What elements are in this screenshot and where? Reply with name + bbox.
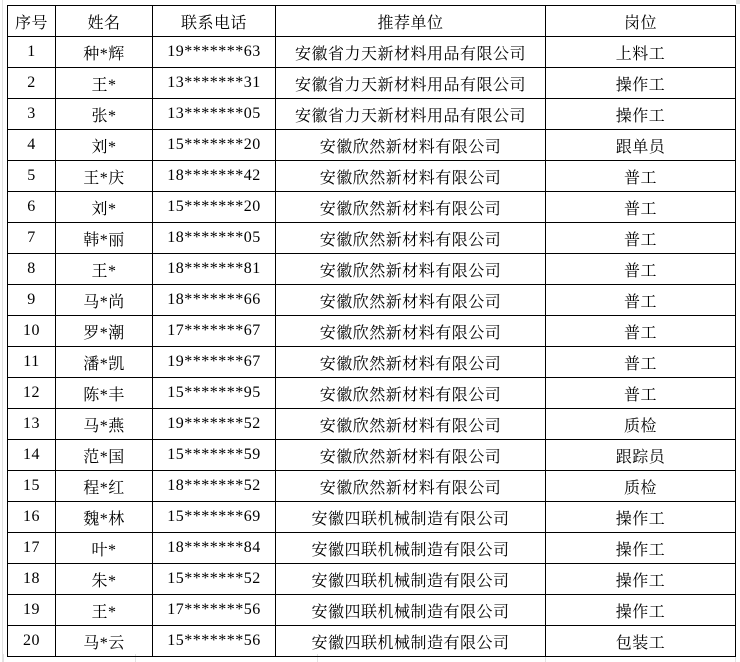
- cell-position: 普工: [546, 285, 736, 316]
- header-name: 姓名: [56, 6, 153, 37]
- table-row: 5王*庆18*******42安徽欣然新材料有限公司普工: [8, 161, 736, 192]
- cell-position: 操作工: [546, 502, 736, 533]
- table-row: 9马*尚18*******66安徽欣然新材料有限公司普工: [8, 285, 736, 316]
- cell-name: 叶*: [56, 533, 153, 564]
- cell-phone: 18*******81: [153, 254, 276, 285]
- cell-index: 11: [8, 347, 56, 378]
- cell-position: 跟单员: [546, 130, 736, 161]
- table-row: 8王*18*******81安徽欣然新材料有限公司普工: [8, 254, 736, 285]
- cell-company: 安徽四联机械制造有限公司: [276, 502, 546, 533]
- table-row: 3张*13*******05安徽省力天新材料用品有限公司操作工: [8, 99, 736, 130]
- cell-index: 19: [8, 595, 56, 626]
- cell-index: 14: [8, 440, 56, 471]
- cell-phone: 15*******56: [153, 626, 276, 657]
- table-row: 15程*红18*******52安徽欣然新材料有限公司质检: [8, 471, 736, 502]
- cell-position: 普工: [546, 347, 736, 378]
- cell-index: 1: [8, 37, 56, 68]
- cell-index: 8: [8, 254, 56, 285]
- cell-company: 安徽欣然新材料有限公司: [276, 378, 546, 409]
- cell-phone: 17*******56: [153, 595, 276, 626]
- cell-position: 普工: [546, 316, 736, 347]
- cell-index: 17: [8, 533, 56, 564]
- table-row: 14范*国15*******59安徽欣然新材料有限公司跟踪员: [8, 440, 736, 471]
- cell-name: 程*红: [56, 471, 153, 502]
- cell-company: 安徽省力天新材料用品有限公司: [276, 37, 546, 68]
- cell-name: 马*云: [56, 626, 153, 657]
- cell-company: 安徽四联机械制造有限公司: [276, 595, 546, 626]
- cell-index: 5: [8, 161, 56, 192]
- header-index: 序号: [8, 6, 56, 37]
- cell-name: 罗*潮: [56, 316, 153, 347]
- table-row: 7韩*丽18*******05安徽欣然新材料有限公司普工: [8, 223, 736, 254]
- cell-phone: 18*******42: [153, 161, 276, 192]
- table-row: 16魏*林15*******69安徽四联机械制造有限公司操作工: [8, 502, 736, 533]
- cell-index: 12: [8, 378, 56, 409]
- cell-company: 安徽欣然新材料有限公司: [276, 285, 546, 316]
- cell-phone: 18*******52: [153, 471, 276, 502]
- cell-company: 安徽欣然新材料有限公司: [276, 471, 546, 502]
- cell-name: 马*燕: [56, 409, 153, 440]
- cell-name: 朱*: [56, 564, 153, 595]
- cell-phone: 19*******52: [153, 409, 276, 440]
- cell-company: 安徽欣然新材料有限公司: [276, 254, 546, 285]
- cell-phone: 13*******05: [153, 99, 276, 130]
- header-phone: 联系电话: [153, 6, 276, 37]
- header-company: 推荐单位: [276, 6, 546, 37]
- gridline-corner: [736, 0, 740, 4]
- table-row: 19王*17*******56安徽四联机械制造有限公司操作工: [8, 595, 736, 626]
- cell-company: 安徽欣然新材料有限公司: [276, 440, 546, 471]
- table-row: 20马*云15*******56安徽四联机械制造有限公司包装工: [8, 626, 736, 657]
- cell-phone: 18*******05: [153, 223, 276, 254]
- cell-index: 20: [8, 626, 56, 657]
- gridline-stub: [3, 654, 4, 662]
- cell-company: 安徽四联机械制造有限公司: [276, 533, 546, 564]
- cell-phone: 15*******69: [153, 502, 276, 533]
- cell-phone: 13*******31: [153, 68, 276, 99]
- cell-name: 陈*丰: [56, 378, 153, 409]
- cell-phone: 19*******67: [153, 347, 276, 378]
- cell-position: 普工: [546, 161, 736, 192]
- cell-index: 10: [8, 316, 56, 347]
- table-row: 1种*辉19*******63安徽省力天新材料用品有限公司上料工: [8, 37, 736, 68]
- cell-phone: 15*******95: [153, 378, 276, 409]
- cell-position: 操作工: [546, 595, 736, 626]
- cell-position: 普工: [546, 223, 736, 254]
- cell-name: 王*: [56, 68, 153, 99]
- cell-company: 安徽省力天新材料用品有限公司: [276, 68, 546, 99]
- cell-name: 马*尚: [56, 285, 153, 316]
- cell-company: 安徽欣然新材料有限公司: [276, 409, 546, 440]
- cell-name: 潘*凯: [56, 347, 153, 378]
- table-row: 4刘*15*******20安徽欣然新材料有限公司跟单员: [8, 130, 736, 161]
- cell-index: 9: [8, 285, 56, 316]
- cell-position: 普工: [546, 192, 736, 223]
- cell-name: 魏*林: [56, 502, 153, 533]
- cell-index: 4: [8, 130, 56, 161]
- cell-name: 刘*: [56, 192, 153, 223]
- cell-index: 18: [8, 564, 56, 595]
- cell-company: 安徽四联机械制造有限公司: [276, 564, 546, 595]
- table-header-row: 序号 姓名 联系电话 推荐单位 岗位: [8, 6, 736, 37]
- cell-index: 16: [8, 502, 56, 533]
- table-row: 11潘*凯19*******67安徽欣然新材料有限公司普工: [8, 347, 736, 378]
- cell-company: 安徽欣然新材料有限公司: [276, 130, 546, 161]
- cell-name: 范*国: [56, 440, 153, 471]
- table-row: 18朱*15*******52安徽四联机械制造有限公司操作工: [8, 564, 736, 595]
- cell-position: 操作工: [546, 99, 736, 130]
- cell-name: 种*辉: [56, 37, 153, 68]
- cell-phone: 15*******59: [153, 440, 276, 471]
- cell-index: 3: [8, 99, 56, 130]
- table-row: 12陈*丰15*******95安徽欣然新材料有限公司普工: [8, 378, 736, 409]
- table-row: 17叶*18*******84安徽四联机械制造有限公司操作工: [8, 533, 736, 564]
- cell-position: 普工: [546, 254, 736, 285]
- cell-position: 操作工: [546, 564, 736, 595]
- cell-company: 安徽欣然新材料有限公司: [276, 347, 546, 378]
- table-row: 6刘*15*******20安徽欣然新材料有限公司普工: [8, 192, 736, 223]
- cell-company: 安徽欣然新材料有限公司: [276, 192, 546, 223]
- cell-position: 上料工: [546, 37, 736, 68]
- cell-position: 操作工: [546, 68, 736, 99]
- cell-company: 安徽欣然新材料有限公司: [276, 223, 546, 254]
- cell-phone: 18*******66: [153, 285, 276, 316]
- cell-phone: 17*******67: [153, 316, 276, 347]
- cell-position: 包装工: [546, 626, 736, 657]
- cell-index: 7: [8, 223, 56, 254]
- cell-company: 安徽欣然新材料有限公司: [276, 316, 546, 347]
- cell-position: 操作工: [546, 533, 736, 564]
- cell-phone: 19*******63: [153, 37, 276, 68]
- cell-index: 6: [8, 192, 56, 223]
- cell-name: 王*庆: [56, 161, 153, 192]
- cell-name: 刘*: [56, 130, 153, 161]
- cell-index: 13: [8, 409, 56, 440]
- table-body: 1种*辉19*******63安徽省力天新材料用品有限公司上料工2王*13***…: [8, 37, 736, 657]
- cell-name: 王*: [56, 595, 153, 626]
- table-row: 10罗*潮17*******67安徽欣然新材料有限公司普工: [8, 316, 736, 347]
- cell-name: 韩*丽: [56, 223, 153, 254]
- cell-company: 安徽四联机械制造有限公司: [276, 626, 546, 657]
- cell-phone: 15*******52: [153, 564, 276, 595]
- table-row: 13马*燕19*******52安徽欣然新材料有限公司质检: [8, 409, 736, 440]
- cell-position: 质检: [546, 409, 736, 440]
- cell-position: 跟踪员: [546, 440, 736, 471]
- cell-company: 安徽欣然新材料有限公司: [276, 161, 546, 192]
- cell-phone: 15*******20: [153, 192, 276, 223]
- cell-phone: 18*******84: [153, 533, 276, 564]
- cell-company: 安徽省力天新材料用品有限公司: [276, 99, 546, 130]
- cell-index: 2: [8, 68, 56, 99]
- cell-phone: 15*******20: [153, 130, 276, 161]
- spreadsheet-page: 序号 姓名 联系电话 推荐单位 岗位 1种*辉19*******63安徽省力天新…: [0, 0, 740, 662]
- gridline-left: [2, 0, 3, 662]
- header-position: 岗位: [546, 6, 736, 37]
- table-row: 2王*13*******31安徽省力天新材料用品有限公司操作工: [8, 68, 736, 99]
- cell-position: 质检: [546, 471, 736, 502]
- cell-index: 15: [8, 471, 56, 502]
- cell-position: 普工: [546, 378, 736, 409]
- cell-name: 张*: [56, 99, 153, 130]
- referral-table: 序号 姓名 联系电话 推荐单位 岗位 1种*辉19*******63安徽省力天新…: [7, 5, 736, 657]
- cell-name: 王*: [56, 254, 153, 285]
